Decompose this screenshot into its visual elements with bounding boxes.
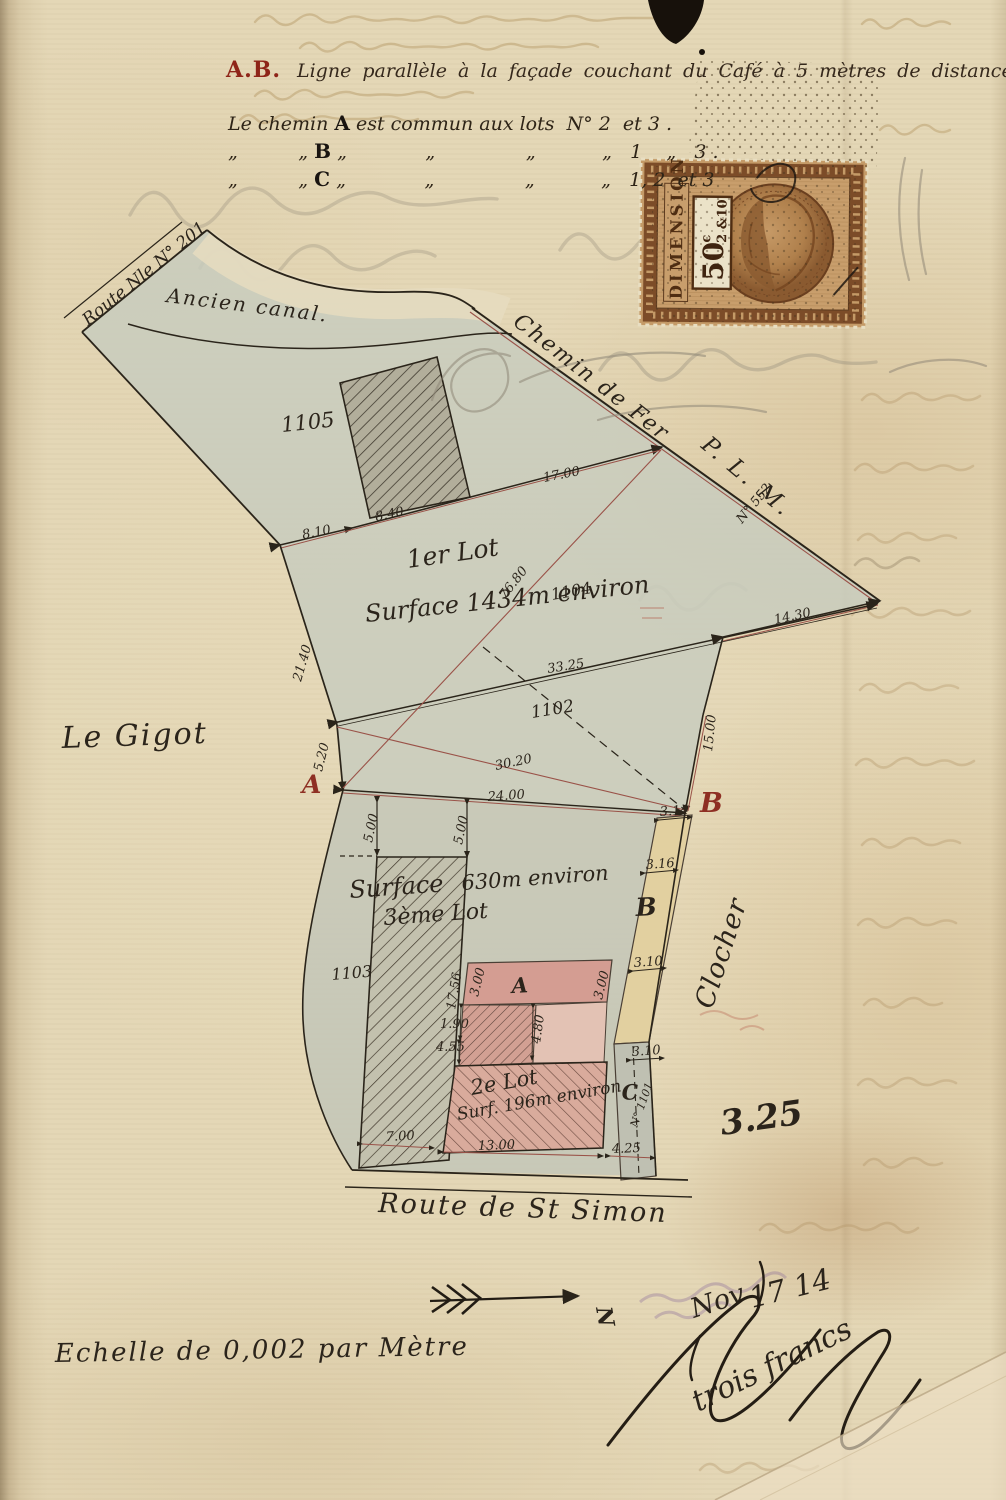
dim-3-14: 3.14 [659, 803, 689, 820]
header-ab-note: Ligne parallèle à la façade couchant du … [297, 60, 1006, 82]
point-b: B [699, 788, 723, 819]
legend-r1-post: est commun aux lots N° 2 et 3 . [350, 113, 672, 135]
dim-21-40: 21.40 [290, 643, 315, 684]
legend-r1-pre: Le chemin [228, 113, 334, 135]
stamp-value: 50 [697, 242, 730, 281]
chemin-b-letter: B [634, 892, 658, 922]
legend-r3-pre: „ „ [228, 169, 314, 191]
legend-r2-pre: „ „ [228, 141, 314, 163]
small-hatched-building [459, 1005, 536, 1066]
header-ab-label: A.B. [226, 57, 281, 83]
scanned-survey-page: DIMENSION 50 c 2 &10 [0, 0, 1006, 1500]
dim-3-10-a: 3.10 [633, 954, 663, 971]
dim-24-00: 24.00 [486, 787, 525, 805]
legend-r2-letter: B [314, 139, 331, 163]
dim-4-25: 4.25 [611, 1141, 641, 1157]
footer-echelle: Echelle de 0,002 par Mètre [54, 1332, 470, 1369]
torn-black-dot [699, 49, 705, 55]
dim-13-00: 13.00 [478, 1138, 516, 1154]
chemin-a-letter: A [509, 972, 529, 998]
torn-black-spot [648, 0, 704, 44]
stamp-value-box: 50 c 2 &10 [693, 197, 732, 289]
label-clocher: Clocher [689, 893, 754, 1012]
north-letter: N [590, 1304, 619, 1330]
legend-block: Le chemin A est commun aux lots N° 2 et … [228, 110, 788, 194]
dim-5-20: 5.20 [311, 741, 333, 773]
header-note-line: A.B.Ligne parallèle à la façade couchant… [226, 57, 996, 83]
label-le-gigot: Le Gigot [60, 716, 208, 756]
dim-3-16: 3.16 [645, 856, 675, 873]
legend-r3-post: „ „ „ „ 1, 2 et 3 [330, 169, 714, 191]
point-a: A [300, 770, 321, 799]
legend-row-1: Le chemin A est commun aux lots N° 2 et … [228, 110, 788, 138]
stamp-cent: c [699, 235, 714, 243]
north-arrow [430, 1284, 578, 1314]
ink-annotation-325: 3.25 [718, 1093, 806, 1144]
legend-row-2: „ „ B „ „ „ „ 1 „ 3 . [228, 138, 788, 166]
dim-1-90: 1.90 [440, 1017, 469, 1032]
stamp-sub: 2 &10 [715, 199, 730, 243]
dim-15-00: 15.00 [701, 714, 720, 753]
dim-3-10-b: 3.10 [631, 1043, 661, 1060]
legend-r2-post: „ „ „ „ 1 „ 3 . [331, 141, 718, 163]
dim-4-55: 4.55 [435, 1040, 465, 1055]
legend-r3-letter: C [314, 167, 330, 191]
parcel-1103: 1103 [331, 962, 373, 984]
label-route-st-simon: Route de St Simon [377, 1188, 668, 1229]
dim-7-00: 7.00 [385, 1128, 415, 1144]
legend-r1-letter: A [334, 111, 350, 135]
plan-drawing: DIMENSION 50 c 2 &10 [0, 0, 1006, 1500]
legend-row-3: „ „ C „ „ „ „ 1, 2 et 3 [228, 166, 788, 194]
